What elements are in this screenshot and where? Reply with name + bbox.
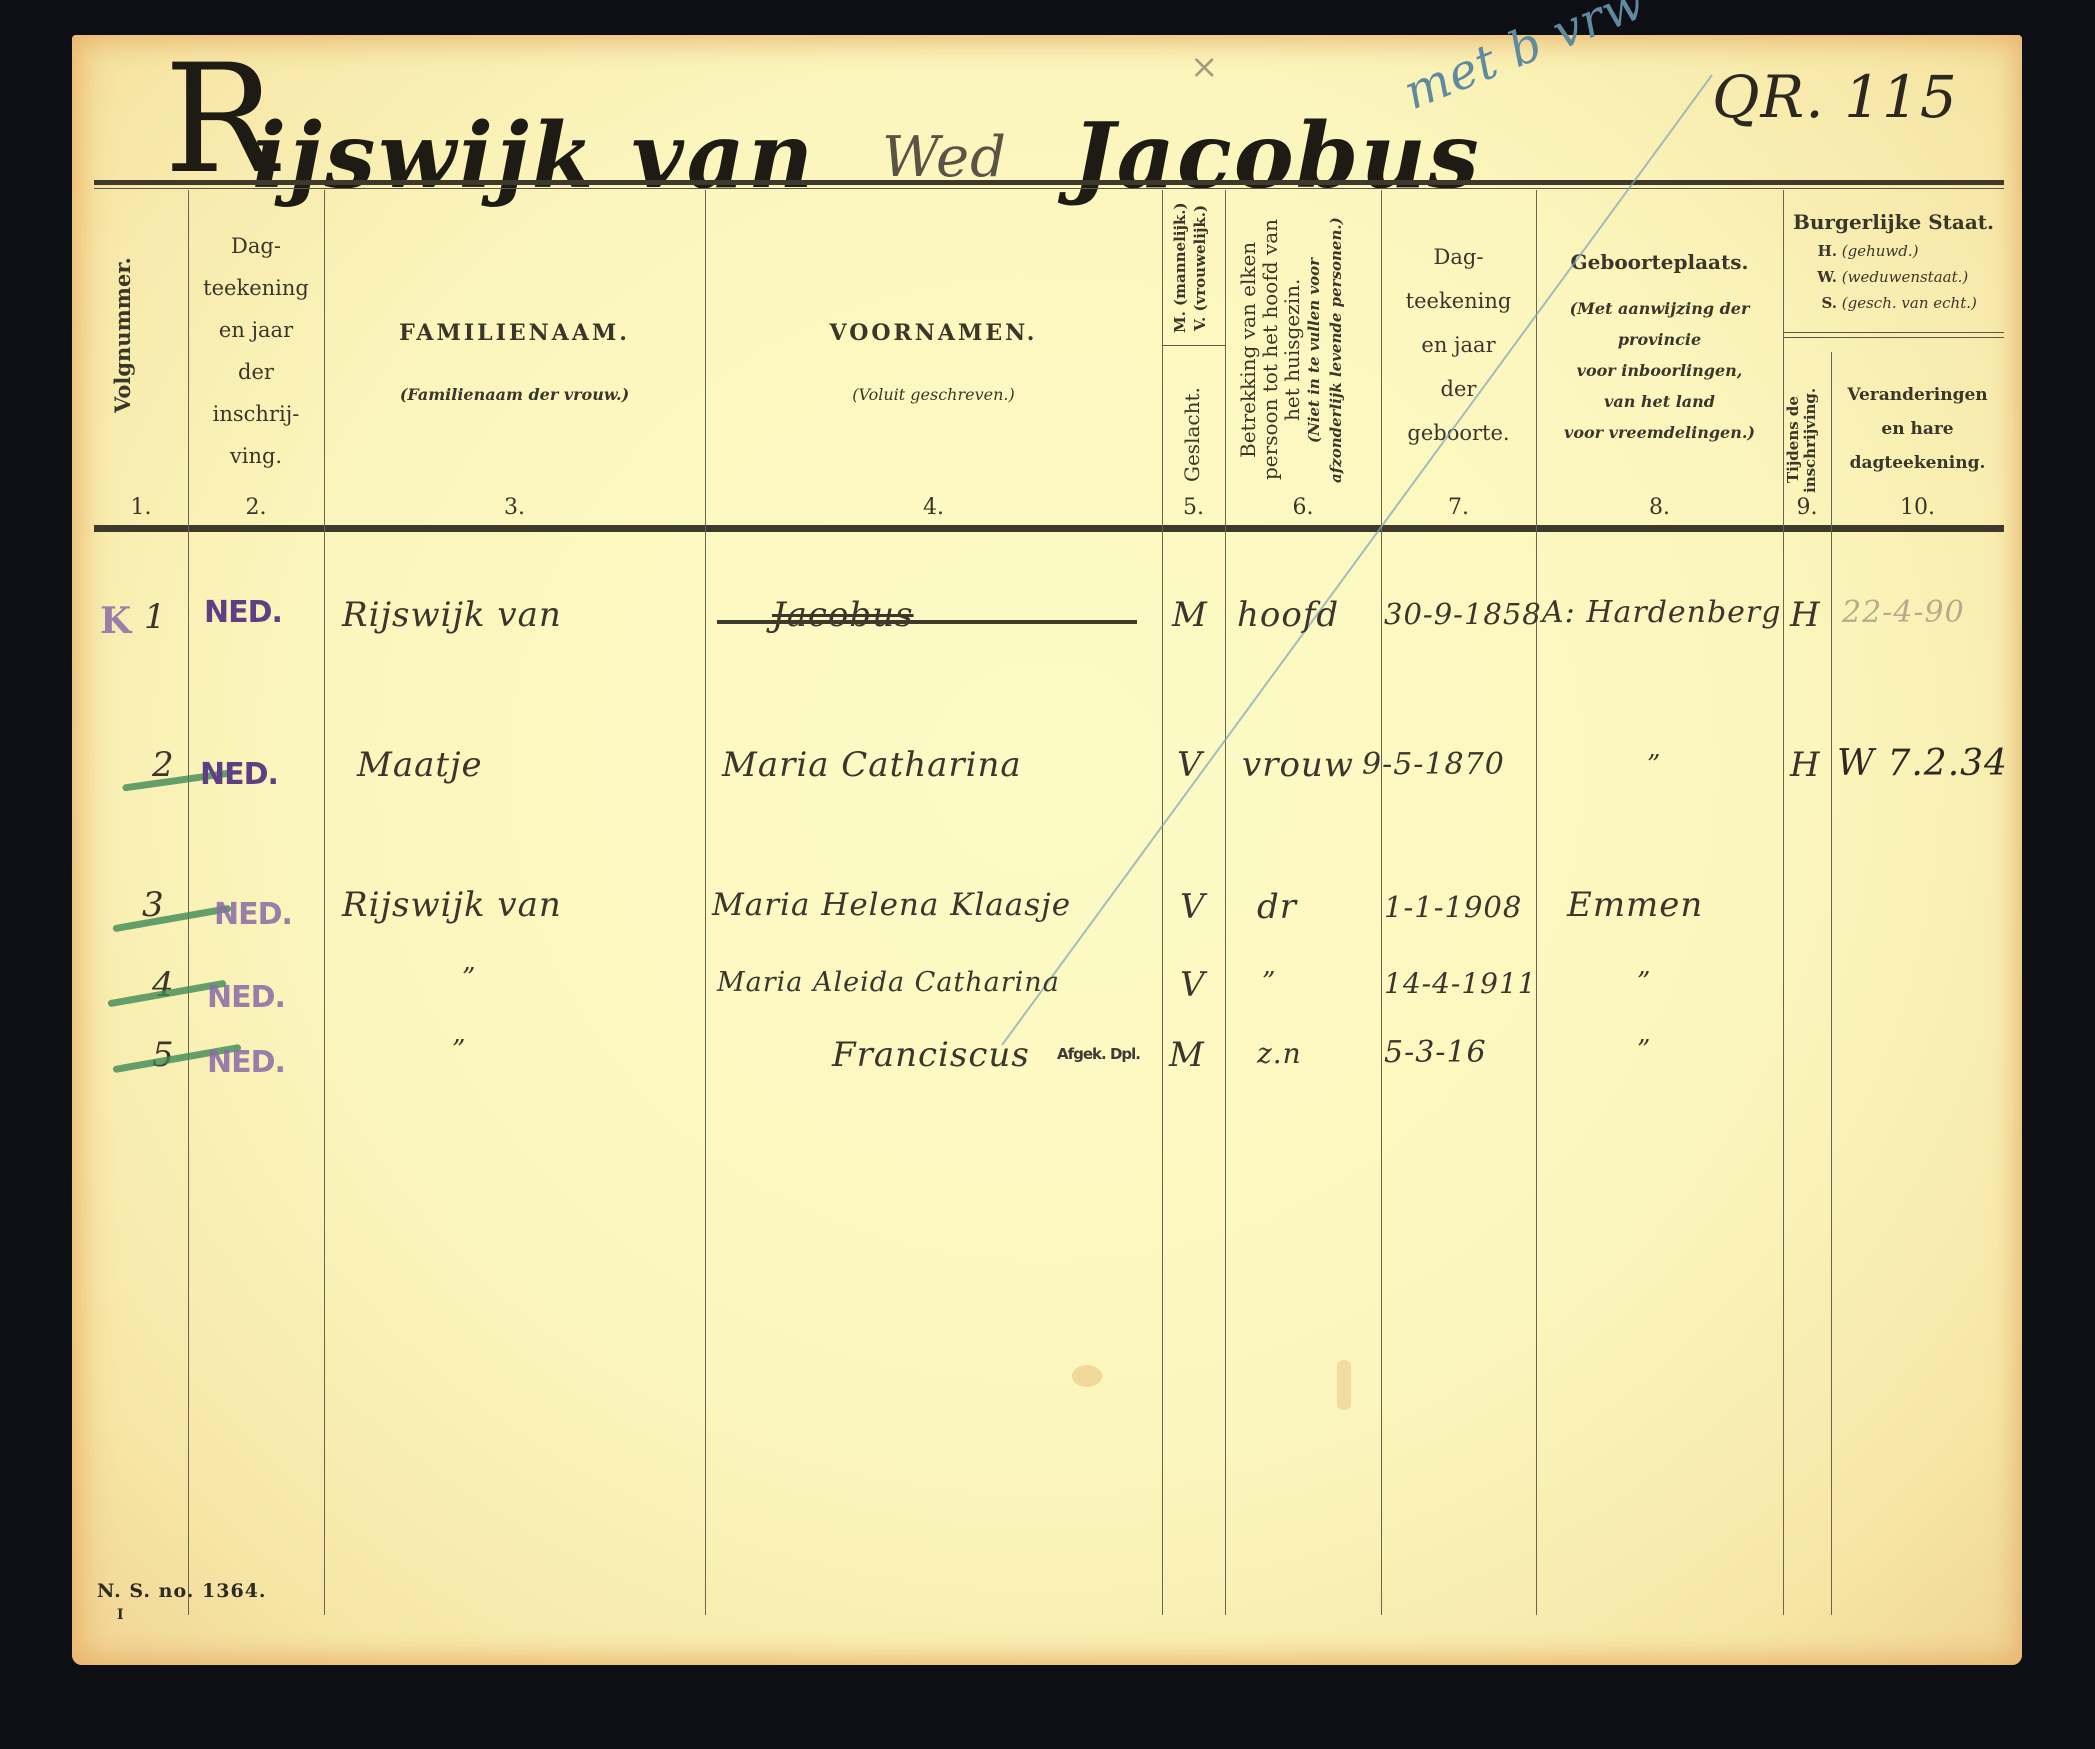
row5-afgek-dpl-stamp: Afgek. Dpl. (1057, 1045, 1140, 1063)
row1-geboortedatum: 30-9-1858 (1384, 597, 1542, 631)
row5-geboorteplaats: ” (1637, 1035, 1651, 1065)
row4-voornamen: Maria Aleida Catharina (717, 967, 1060, 998)
row4-geslacht: V (1180, 965, 1206, 1005)
paper-stain (1337, 1360, 1351, 1410)
row2-ned-stamp: NED. (200, 757, 278, 792)
row3-geslacht: V (1180, 887, 1206, 927)
row1-staat: H (1790, 595, 1821, 635)
row5-geslacht: M (1169, 1035, 1205, 1075)
row3-geboortedatum: 1-1-1908 (1384, 890, 1522, 924)
row5-familienaam: ” (452, 1035, 466, 1065)
row2-betrekking: vrouw (1242, 745, 1354, 785)
row1-geslacht: M (1172, 595, 1208, 635)
row2-staat: H (1790, 745, 1821, 785)
row1-volgnummer: 1 (144, 597, 167, 637)
row1-voornamen: Jacobus (772, 595, 914, 635)
row1-betrekking: hoofd (1237, 595, 1339, 635)
row2-familienaam: Maatje (357, 745, 483, 785)
row3-familienaam: Rijswijk van (342, 885, 562, 925)
row5-ned-stamp: NED. (207, 1045, 285, 1080)
row3-ned-stamp: NED. (214, 897, 292, 932)
row2-geslacht: V (1177, 745, 1203, 785)
row2-geboorteplaats: ” (1647, 750, 1661, 780)
row4-ned-stamp: NED. (207, 980, 285, 1015)
row5-voornamen: Franciscus (832, 1035, 1030, 1075)
row4-geboorteplaats: ” (1637, 967, 1651, 997)
row1-familienaam: Rijswijk van (342, 595, 562, 635)
row3-betrekking: dr (1257, 887, 1297, 927)
row3-voornamen: Maria Helena Klaasje (712, 887, 1071, 923)
row4-geboortedatum: 14-4-1911 (1384, 967, 1537, 1000)
row1-k-stamp: K (100, 600, 130, 642)
register-card: R ijswijk van Wed Jacobus × met b vrw QR… (72, 35, 2022, 1665)
row1-voornamen-strike (717, 620, 1137, 624)
row3-geboorteplaats: Emmen (1567, 885, 1703, 925)
row1-ned-stamp: NED. (204, 595, 282, 630)
row2-voornamen: Maria Catharina (722, 745, 1022, 785)
row1-geboorteplaats: A: Hardenberg (1542, 595, 1781, 630)
row1-veranderingen: 22-4-90 (1842, 595, 1965, 630)
row4-familienaam: ” (462, 963, 476, 993)
form-sub-mark: I (117, 1607, 124, 1623)
form-number: N. S. no. 1364. (97, 1580, 267, 1602)
blue-pencil-cancel-line (72, 35, 2022, 1665)
row2-geboortedatum: 9-5-1870 (1362, 747, 1505, 782)
paper-stain (1072, 1365, 1102, 1387)
row5-betrekking: z.n (1257, 1037, 1302, 1070)
row2-veranderingen: W 7.2.34 (1837, 743, 2008, 784)
row5-geboortedatum: 5-3-16 (1384, 1035, 1487, 1070)
row4-betrekking: ” (1262, 967, 1276, 997)
